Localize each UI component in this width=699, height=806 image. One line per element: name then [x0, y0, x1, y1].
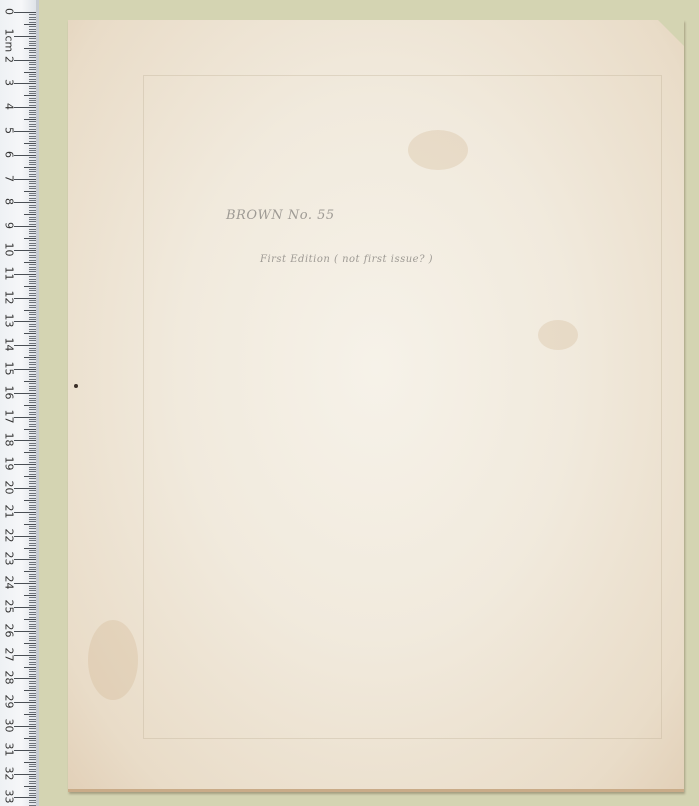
ruler-tick [29, 31, 36, 32]
ruler-tick [14, 464, 36, 465]
ruler-tick [24, 429, 36, 430]
ruler-tick [29, 614, 36, 615]
ruler-tick [29, 98, 36, 99]
ruler-tick [29, 17, 36, 18]
ruler-tick [29, 402, 36, 403]
ruler-tick [29, 102, 36, 103]
ruler-tick [29, 528, 36, 529]
ruler-tick [24, 786, 36, 787]
ruler-tick [24, 738, 36, 739]
ruler-tick [24, 333, 36, 334]
ruler-tick [29, 290, 36, 291]
ruler-tick [14, 107, 36, 108]
ruler-tick [29, 521, 36, 522]
ruler-tick [29, 626, 36, 627]
ruler-tick [29, 181, 36, 182]
ruler-tick [29, 264, 36, 265]
ruler-tick [29, 448, 36, 449]
ruler-tick [29, 800, 36, 801]
ruler-tick [29, 195, 36, 196]
ruler-tick [29, 633, 36, 634]
ruler-tick [29, 388, 36, 389]
ruler-label: 17 [4, 409, 15, 423]
ruler-tick [29, 136, 36, 137]
ruler-tick [29, 776, 36, 777]
ruler-label: 11 [4, 266, 15, 280]
ruler-tick [29, 712, 36, 713]
ruler-tick [14, 179, 36, 180]
ruler-label: 4 [4, 100, 15, 114]
ruler-tick [29, 764, 36, 765]
ruler-tick [29, 105, 36, 106]
ruler-tick [29, 271, 36, 272]
ruler-tick [29, 124, 36, 125]
ruler-tick [29, 326, 36, 327]
ruler-tick [29, 38, 36, 39]
ruler-tick [29, 681, 36, 682]
ruler-tick [29, 531, 36, 532]
ruler-tick [24, 381, 36, 382]
ruler-tick [29, 724, 36, 725]
ruler-tick [14, 83, 36, 84]
ruler-tick [29, 483, 36, 484]
ruler-tick [24, 524, 36, 525]
ruler-tick [29, 697, 36, 698]
ruler-tick [29, 605, 36, 606]
ruler-tick [14, 417, 36, 418]
ruler-tick [29, 229, 36, 230]
ruler-tick [14, 559, 36, 560]
ruler-tick [14, 536, 36, 537]
ruler-tick [29, 100, 36, 101]
ruler-tick [24, 452, 36, 453]
ruler-tick [29, 14, 36, 15]
ruler-tick [29, 243, 36, 244]
ruler-tick [29, 248, 36, 249]
ruler-tick [14, 678, 36, 679]
ruler-tick [24, 214, 36, 215]
ruler-tick [24, 286, 36, 287]
ruler-tick [29, 412, 36, 413]
ruler-tick [29, 474, 36, 475]
ruler-tick [29, 588, 36, 589]
ruler-tick [29, 22, 36, 23]
ruler-tick [14, 298, 36, 299]
ruler-tick [14, 36, 36, 37]
ruler-tick [14, 583, 36, 584]
ruler-tick [29, 567, 36, 568]
ruler-tick [29, 350, 36, 351]
ruler-tick [29, 781, 36, 782]
ruler-tick [29, 705, 36, 706]
ruler-tick [14, 702, 36, 703]
ruler-tick [29, 728, 36, 729]
ruler-tick [29, 436, 36, 437]
ruler-tick [29, 343, 36, 344]
ruler-label: 10 [4, 243, 15, 257]
ruler-tick [29, 76, 36, 77]
ruler-tick [24, 595, 36, 596]
ruler-tick [24, 95, 36, 96]
ruler-tick [29, 224, 36, 225]
ruler-tick [29, 383, 36, 384]
ruler-tick [29, 79, 36, 80]
ruler-tick [29, 543, 36, 544]
ruler-tick [29, 507, 36, 508]
ruler-tick [29, 478, 36, 479]
ruler-tick [29, 424, 36, 425]
ruler-tick [29, 433, 36, 434]
ruler-label: 13 [4, 314, 15, 328]
ruler-tick [29, 257, 36, 258]
ruler-tick [29, 129, 36, 130]
ruler-tick [29, 759, 36, 760]
ruler-tick [29, 688, 36, 689]
ruler-label: 31 [4, 742, 15, 756]
ruler-tick [29, 540, 36, 541]
plate-mark [143, 75, 662, 739]
ruler-tick [14, 250, 36, 251]
ruler-tick [29, 426, 36, 427]
ruler-tick [14, 131, 36, 132]
ruler-tick [29, 183, 36, 184]
ruler-tick [29, 676, 36, 677]
ruler-tick [29, 355, 36, 356]
ruler-label: 29 [4, 695, 15, 709]
ruler-tick [29, 664, 36, 665]
ruler-tick [29, 498, 36, 499]
ruler-tick [24, 310, 36, 311]
ruler-tick [29, 236, 36, 237]
ruler-tick [29, 210, 36, 211]
ruler-tick [29, 329, 36, 330]
paper-page: BROWN No. 55 First Edition ( not first i… [68, 20, 684, 792]
ruler-tick [29, 628, 36, 629]
ruler-tick [29, 674, 36, 675]
ruler-tick [29, 157, 36, 158]
ruler-tick [14, 202, 36, 203]
ruler-tick [29, 217, 36, 218]
ruler-tick [29, 231, 36, 232]
ruler-tick [29, 414, 36, 415]
ruler-tick [29, 495, 36, 496]
ruler-tick [29, 81, 36, 82]
ruler-tick [29, 200, 36, 201]
ruler-tick [29, 645, 36, 646]
measuring-ruler: 01cm234567891011121314151617181920212223… [0, 0, 37, 806]
ruler-tick [24, 405, 36, 406]
ruler-tick [29, 707, 36, 708]
ruler-tick [29, 700, 36, 701]
ruler-tick [29, 517, 36, 518]
ruler-tick [29, 602, 36, 603]
ruler-tick [14, 488, 36, 489]
ruler-tick [29, 766, 36, 767]
ruler-label: 7 [4, 171, 15, 185]
ruler-tick [29, 509, 36, 510]
ruler-tick [29, 578, 36, 579]
ruler-tick [29, 114, 36, 115]
ruler-tick [29, 29, 36, 30]
ruler-tick [29, 736, 36, 737]
ruler-tick [24, 667, 36, 668]
ruler-label: 28 [4, 671, 15, 685]
ruler-tick [29, 576, 36, 577]
ruler-tick [29, 19, 36, 20]
ruler-tick [29, 469, 36, 470]
ruler-tick [29, 581, 36, 582]
ruler-label: 9 [4, 219, 15, 233]
ruler-label: 27 [4, 647, 15, 661]
ruler-tick [29, 379, 36, 380]
ruler-tick [14, 393, 36, 394]
ruler-tick [29, 338, 36, 339]
ruler-tick [29, 445, 36, 446]
ruler-tick [29, 169, 36, 170]
ruler-tick [29, 526, 36, 527]
ruler-tick [29, 69, 36, 70]
ruler-tick [29, 374, 36, 375]
ruler-tick [29, 755, 36, 756]
ruler-tick [29, 669, 36, 670]
ruler-tick [29, 205, 36, 206]
ruler-tick [29, 490, 36, 491]
ruler-tick [29, 252, 36, 253]
ruler-tick [29, 612, 36, 613]
ruler-tick [29, 695, 36, 696]
ruler-tick [29, 650, 36, 651]
ruler-tick [29, 255, 36, 256]
ruler-tick [29, 538, 36, 539]
ruler-tick [29, 662, 36, 663]
ruler-tick [29, 160, 36, 161]
ruler-tick [29, 671, 36, 672]
ruler-tick [29, 467, 36, 468]
ruler-tick [24, 238, 36, 239]
ruler-tick [29, 590, 36, 591]
ruler-tick [29, 174, 36, 175]
ruler-tick [29, 176, 36, 177]
ruler-tick [29, 462, 36, 463]
ruler-tick [29, 545, 36, 546]
ruler-tick [24, 500, 36, 501]
ruler-tick [29, 757, 36, 758]
ruler-tick [29, 386, 36, 387]
ruler-tick [14, 60, 36, 61]
ruler-tick [29, 752, 36, 753]
ruler-tick [29, 716, 36, 717]
ruler-tick [29, 91, 36, 92]
ruler-tick [29, 409, 36, 410]
ruler-tick [29, 212, 36, 213]
ruler-tick [24, 571, 36, 572]
ruler-tick [29, 586, 36, 587]
ruler-tick [29, 276, 36, 277]
ruler-label: 25 [4, 600, 15, 614]
ruler-tick [29, 376, 36, 377]
ruler-tick [29, 121, 36, 122]
ruler-label: 18 [4, 433, 15, 447]
ruler-tick [14, 12, 36, 13]
ruler-tick [29, 533, 36, 534]
ruler-tick [29, 505, 36, 506]
ruler-tick [29, 721, 36, 722]
ruler-tick [24, 119, 36, 120]
ruler-tick [29, 117, 36, 118]
ruler-tick [29, 307, 36, 308]
ruler-tick [29, 719, 36, 720]
ruler-tick [29, 686, 36, 687]
ruler-label: 12 [4, 290, 15, 304]
ruler-tick [29, 733, 36, 734]
ruler-tick [24, 476, 36, 477]
ruler-tick [29, 362, 36, 363]
ruler-tick [29, 305, 36, 306]
ruler-tick [29, 457, 36, 458]
ruler-tick [24, 619, 36, 620]
ruler-tick [29, 33, 36, 34]
ruler-tick [29, 331, 36, 332]
ruler-tick [29, 221, 36, 222]
ruler-label: 14 [4, 338, 15, 352]
ruler-tick [29, 348, 36, 349]
ruler-tick [29, 240, 36, 241]
ruler-tick [29, 421, 36, 422]
ruler-tick [29, 802, 36, 803]
ruler-tick [29, 186, 36, 187]
ruler-tick [29, 336, 36, 337]
ruler-tick [24, 548, 36, 549]
ruler-label: 32 [4, 766, 15, 780]
ruler-tick [29, 126, 36, 127]
ruler-tick [29, 659, 36, 660]
ruler-tick [14, 797, 36, 798]
ruler-tick [29, 552, 36, 553]
ruler-tick [29, 52, 36, 53]
ruler-tick [29, 150, 36, 151]
ruler-tick [29, 133, 36, 134]
ruler-tick [29, 617, 36, 618]
ruler-tick [29, 319, 36, 320]
ruler-tick [29, 50, 36, 51]
pencil-note-catalog: BROWN No. 55 [226, 208, 335, 223]
ruler-tick [29, 88, 36, 89]
ruler-tick [29, 569, 36, 570]
ruler-tick [29, 55, 36, 56]
ruler-tick [24, 72, 36, 73]
ruler-tick [29, 555, 36, 556]
ruler-tick [29, 621, 36, 622]
ruler-tick [29, 260, 36, 261]
foxing-stain [538, 320, 578, 350]
ruler-tick [29, 138, 36, 139]
ruler-tick [14, 512, 36, 513]
ruler-tick [29, 93, 36, 94]
ruler-tick [29, 400, 36, 401]
ruler-tick [29, 312, 36, 313]
ruler-tick [29, 519, 36, 520]
ruler-tick [29, 502, 36, 503]
ruler-tick [29, 164, 36, 165]
ruler-tick [29, 743, 36, 744]
ruler-tick [29, 624, 36, 625]
ruler-tick [24, 143, 36, 144]
ruler-tick [24, 643, 36, 644]
ruler-tick [29, 657, 36, 658]
ruler-tick [29, 778, 36, 779]
ruler-tick [29, 740, 36, 741]
ruler-tick [29, 324, 36, 325]
ruler-tick [29, 636, 36, 637]
ruler-tick [29, 288, 36, 289]
ruler-label: 30 [4, 719, 15, 733]
ruler-tick [29, 783, 36, 784]
ruler-tick [29, 514, 36, 515]
ruler-tick [29, 795, 36, 796]
ruler-tick [29, 162, 36, 163]
ruler-tick [14, 726, 36, 727]
ruler-tick [29, 793, 36, 794]
ruler-tick [29, 152, 36, 153]
ruler-label: 23 [4, 552, 15, 566]
ruler-tick [29, 771, 36, 772]
ruler-tick [14, 321, 36, 322]
ruler-tick [29, 562, 36, 563]
ruler-tick [29, 371, 36, 372]
ruler-tick [29, 207, 36, 208]
ruler-tick [29, 26, 36, 27]
ruler-label: 1cm [4, 28, 15, 42]
ruler-tick [29, 74, 36, 75]
ruler-tick [14, 607, 36, 608]
ruler-tick [29, 295, 36, 296]
ruler-tick [29, 745, 36, 746]
ruler-tick [29, 145, 36, 146]
ruler-tick [14, 345, 36, 346]
ruler-label: 8 [4, 195, 15, 209]
ruler-tick [14, 369, 36, 370]
ruler-tick [29, 67, 36, 68]
ruler-tick [29, 471, 36, 472]
ruler-label: 21 [4, 504, 15, 518]
ruler-tick [14, 631, 36, 632]
ruler-tick [29, 352, 36, 353]
ruler-tick [29, 459, 36, 460]
ruler-tick [29, 293, 36, 294]
ruler-tick [14, 274, 36, 275]
ruler-tick [14, 774, 36, 775]
ruler-tick [29, 45, 36, 46]
ruler-tick [29, 302, 36, 303]
ruler-tick [29, 340, 36, 341]
ruler-tick [29, 481, 36, 482]
ruler-label: 6 [4, 147, 15, 161]
ruler-tick [29, 43, 36, 44]
ruler-tick [29, 233, 36, 234]
ruler-tick [29, 609, 36, 610]
ruler-tick [29, 574, 36, 575]
ruler-label: 15 [4, 362, 15, 376]
ruler-tick [29, 419, 36, 420]
ruler-tick [29, 86, 36, 87]
ruler-tick [29, 769, 36, 770]
ruler-tick [24, 48, 36, 49]
ruler-tick [29, 597, 36, 598]
ruler-tick [29, 283, 36, 284]
ruler-tick [14, 155, 36, 156]
ruler-tick [29, 550, 36, 551]
ruler-tick [29, 640, 36, 641]
